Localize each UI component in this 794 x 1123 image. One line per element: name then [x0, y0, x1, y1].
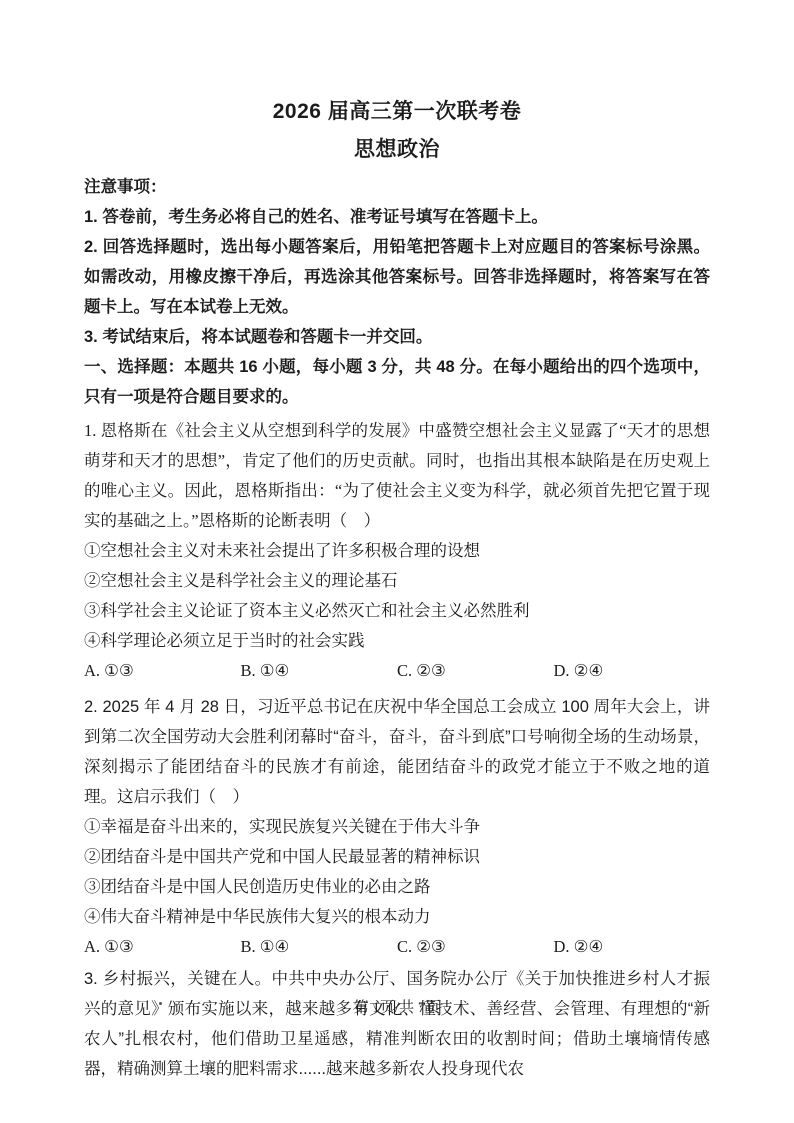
question-1-statement-1: ①空想社会主义对未来社会提出了许多积极合理的设想 — [84, 536, 710, 566]
question-2-option-b: B. ①④ — [241, 932, 398, 962]
question-2-statement-2: ②团结奋斗是中国共产党和中国人民最显著的精神标识 — [84, 842, 710, 872]
question-2-option-a: A. ①③ — [84, 932, 241, 962]
question-1-option-c: C. ②③ — [397, 656, 554, 686]
exam-title: 2026 届高三第一次联考卷 — [84, 98, 710, 126]
question-2-option-d: D. ②④ — [554, 932, 711, 962]
notice-item-2: 2. 回答选择题时，选出每小题答案后，用铅笔把答题卡上对应题目的答案标号涂黑。如… — [84, 232, 710, 322]
exam-page: 2026 届高三第一次联考卷 思想政治 注意事项： 1. 答卷前，考生务必将自己… — [0, 0, 794, 1123]
page-content: 2026 届高三第一次联考卷 思想政治 注意事项： 1. 答卷前，考生务必将自己… — [0, 0, 794, 1084]
question-2: 2. 2025 年 4 月 28 日，习近平总书记在庆祝中华全国总工会成立 10… — [84, 692, 710, 962]
question-2-stem: 2. 2025 年 4 月 28 日，习近平总书记在庆祝中华全国总工会成立 10… — [84, 692, 710, 812]
question-1-statement-3: ③科学社会主义论证了资本主义必然灭亡和社会主义必然胜利 — [84, 596, 710, 626]
question-1-statement-4: ④科学理论必须立足于当时的社会实践 — [84, 626, 710, 656]
question-1-option-b: B. ①④ — [241, 656, 398, 686]
notice-item-1: 1. 答卷前，考生务必将自己的姓名、准考证号填写在答题卡上。 — [84, 202, 710, 232]
question-2-option-c: C. ②③ — [397, 932, 554, 962]
section-one-header: 一、选择题：本题共 16 小题，每小题 3 分，共 48 分。在每小题给出的四个… — [84, 352, 710, 412]
question-1-statement-2: ②空想社会主义是科学社会主义的理论基石 — [84, 566, 710, 596]
question-1-option-d: D. ②④ — [554, 656, 711, 686]
question-2-statement-1: ①幸福是奋斗出来的，实现民族复兴关键在于伟大斗争 — [84, 812, 710, 842]
notice-item-3: 3. 考试结束后，将本试题卷和答题卡一并交回。 — [84, 322, 710, 352]
question-1-options: A. ①③ B. ①④ C. ②③ D. ②④ — [84, 656, 710, 686]
question-2-options: A. ①③ B. ①④ C. ②③ D. ②④ — [84, 932, 710, 962]
question-2-statement-3: ③团结奋斗是中国人民创造历史伟业的必由之路 — [84, 872, 710, 902]
question-1: 1. 恩格斯在《社会主义从空想到科学的发展》中盛赞空想社会主义显露了“天才的思想… — [84, 416, 710, 686]
question-1-option-a: A. ①③ — [84, 656, 241, 686]
exam-subject: 思想政治 — [84, 136, 710, 164]
notice-label: 注意事项： — [84, 172, 710, 202]
page-number: 第 1页/共 7页 — [0, 996, 794, 1020]
question-3: 3. 乡村振兴，关键在人。中共中央办公厅、国务院办公厅《关于加快推进乡村人才振兴… — [84, 964, 710, 1084]
question-2-statement-4: ④伟大奋斗精神是中华民族伟大复兴的根本动力 — [84, 902, 710, 932]
question-3-stem: 3. 乡村振兴，关键在人。中共中央办公厅、国务院办公厅《关于加快推进乡村人才振兴… — [84, 964, 710, 1084]
question-1-stem: 1. 恩格斯在《社会主义从空想到科学的发展》中盛赞空想社会主义显露了“天才的思想… — [84, 416, 710, 536]
